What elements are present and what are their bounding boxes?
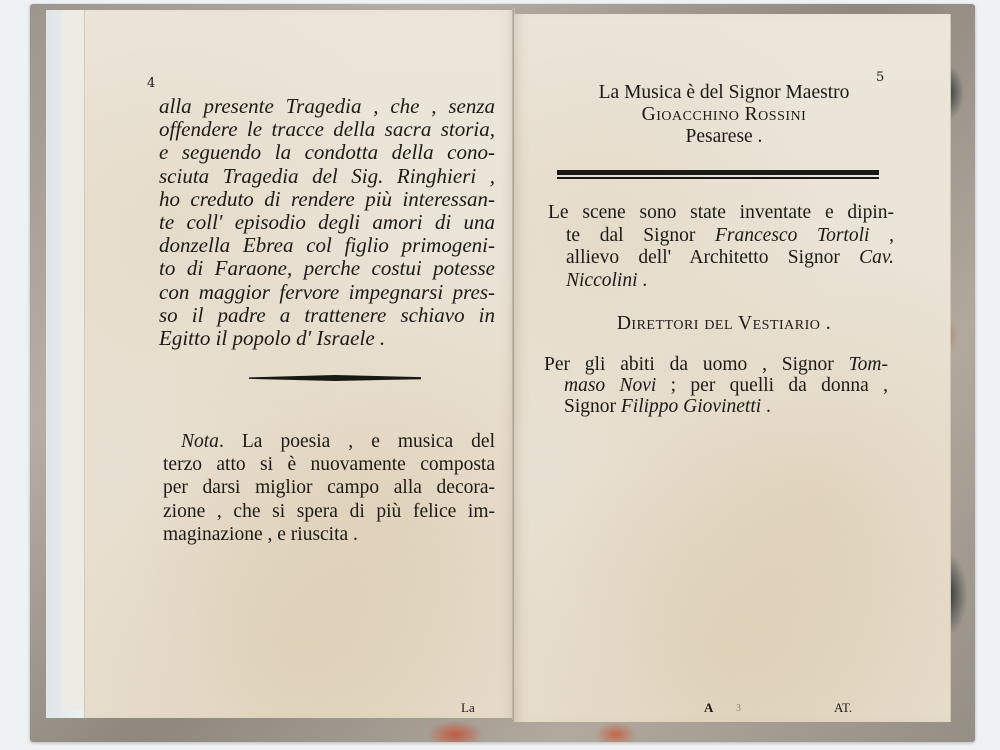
text-line: Le scene sono state inventate e dipin-	[548, 202, 894, 225]
text-line: sciuta Tragedia del Sig. Ringhieri ,	[159, 165, 495, 188]
text-line: alla presente Tragedia , che , senza	[159, 95, 495, 118]
text-line: maginazione , e riuscita .	[163, 523, 495, 546]
right-page: 5 La Musica è del Signor Maestro Gioacch…	[514, 14, 951, 722]
text-line: so il padre a trattenere schiavo in	[159, 304, 495, 327]
page-number-left: 4	[147, 76, 155, 91]
left-page: 4 alla presente Tragedia , che , senza o…	[84, 10, 515, 718]
text-line: allievo dell' Architetto Signor Cav.	[548, 247, 894, 270]
nota-label: Nota	[181, 431, 219, 452]
text-line: to di Faraone, perche costui potesse	[159, 257, 495, 280]
text-line: Niccolini .	[548, 270, 894, 293]
music-credit: La Musica è del Signor Maestro Gioacchin…	[544, 82, 904, 148]
text-line: Nota. La poesia , e musica del	[163, 430, 495, 453]
signature-mark: A	[704, 700, 713, 716]
text-line: zione , che si spera di più felice im-	[163, 500, 495, 523]
main-paragraph: alla presente Tragedia , che , senza off…	[159, 95, 495, 350]
costumer-men: maso Novi	[564, 375, 656, 396]
painter-name: Francesco Tortoli	[715, 225, 869, 246]
scenes-paragraph: Le scene sono state inventate e dipin- t…	[548, 202, 894, 292]
nota-paragraph: Nota. La poesia , e musica del terzo att…	[163, 430, 495, 546]
music-credit-line: La Musica è del Signor Maestro	[544, 82, 904, 104]
composer-origin: Pesarese .	[544, 126, 904, 148]
text-line: te coll' episodio degli amori di una	[159, 211, 495, 234]
composer-name: Gioacchino Rossini	[544, 104, 904, 126]
costume-heading: Direttori del Vestiario .	[544, 312, 904, 335]
text-line: terzo atto si è nuovamente composta	[163, 453, 495, 476]
text-line: per darsi miglior campo alla decora-	[163, 476, 495, 499]
text-line: offendere le tracce della sacra storia,	[159, 118, 495, 141]
text-line: te dal Signor Francesco Tortoli ,	[548, 225, 894, 248]
text-line: con maggior fervore impegnarsi pres-	[159, 281, 495, 304]
text-line: Signor Filippo Giovinetti .	[544, 396, 888, 417]
double-rule	[557, 170, 879, 180]
text-line: ho creduto di rendere più interessan-	[159, 188, 495, 211]
text-line: Per gli abiti da uomo , Signor Tom-	[544, 354, 888, 375]
architect-name: Niccolini	[566, 270, 638, 291]
text-line: Egitto il popolo d' Israele .	[159, 327, 495, 350]
text-line: e seguendo la condotta della cono-	[159, 141, 495, 164]
text-line: donzella Ebrea col figlio primogeni-	[159, 234, 495, 257]
catchword-left: La	[461, 700, 475, 716]
signature-sub: 3	[736, 703, 741, 714]
costumes-paragraph: Per gli abiti da uomo , Signor Tom- maso…	[544, 354, 888, 417]
text-line: maso Novi ; per quelli da donna ,	[544, 375, 888, 396]
catchword-right: AT.	[834, 700, 852, 716]
costumer-women: Filippo Giovinetti	[621, 396, 761, 417]
